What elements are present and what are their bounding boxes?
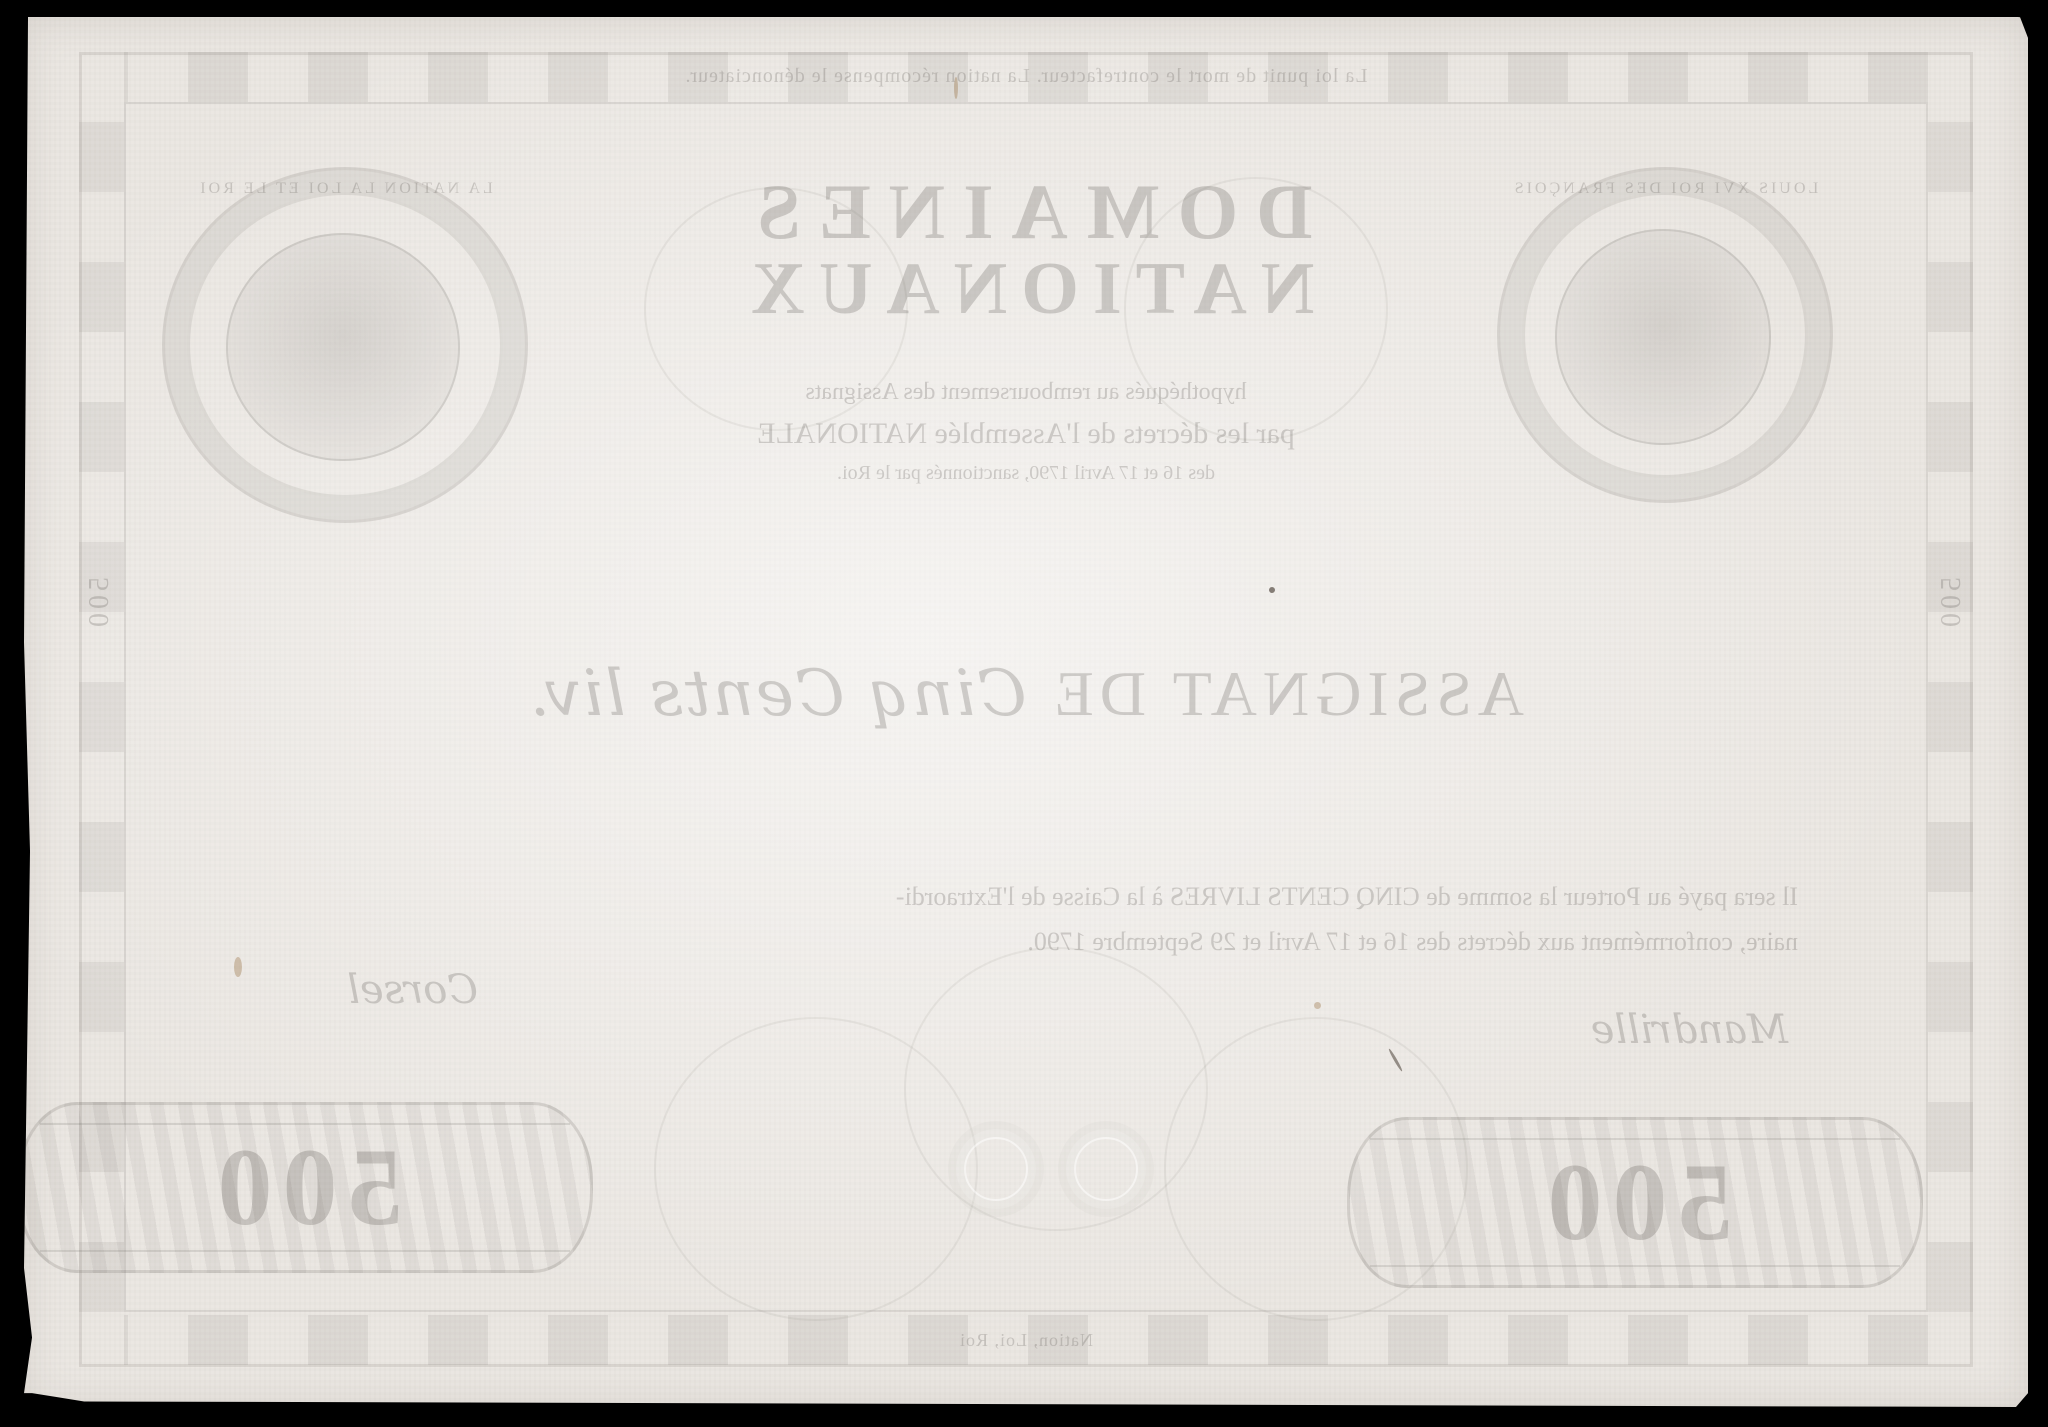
- subtitle-line-2: par les décrets de l'Assemblée NATIONALE: [24, 417, 2028, 451]
- top-border-text: La loi punit de mort le contrefacteur. L…: [24, 65, 2028, 88]
- denomination: ASSIGNAT DE Cinq Cents liv.: [24, 657, 2028, 731]
- side-number-left: 500: [1936, 577, 1968, 631]
- signature-1: Corsel: [347, 967, 478, 1013]
- body-text-line-1: Il sera payé au Porteur la somme de CINQ…: [254, 882, 1798, 912]
- subtitle-line-1: hypothéqués au remboursement des Assigna…: [24, 379, 2028, 406]
- stain-mark: [954, 77, 958, 99]
- title-nationaux: NATIONAUX: [24, 247, 2028, 332]
- value-box-left: 500: [17, 1102, 593, 1273]
- stain-mark: [1314, 1002, 1321, 1009]
- denomination-prefix: ASSIGNAT DE: [1049, 658, 1525, 729]
- banknote-paper: La loi punit de mort le contrefacteur. L…: [24, 17, 2028, 1407]
- value-box-right: 500: [1347, 1117, 1923, 1288]
- dry-seal-emboss-icon: [954, 1097, 1154, 1227]
- bottom-border-text: Nation, Loi, Roi: [24, 1330, 2028, 1351]
- side-number-right: 500: [84, 577, 116, 631]
- stain-mark: [234, 957, 242, 977]
- denomination-script: Cinq Cents liv.: [528, 657, 1027, 731]
- subtitle-line-3: des 16 et 17 Avril 1790, sanctionnés par…: [24, 462, 2028, 485]
- title-domaines: DOMAINES: [24, 167, 2028, 257]
- signature-2: Mandrille: [1591, 1007, 1788, 1053]
- guilloche-ornament: [654, 1017, 978, 1321]
- stain-mark: [1269, 587, 1275, 593]
- body-text-line-2: naire, conformément aux décrets des 16 e…: [254, 927, 1798, 957]
